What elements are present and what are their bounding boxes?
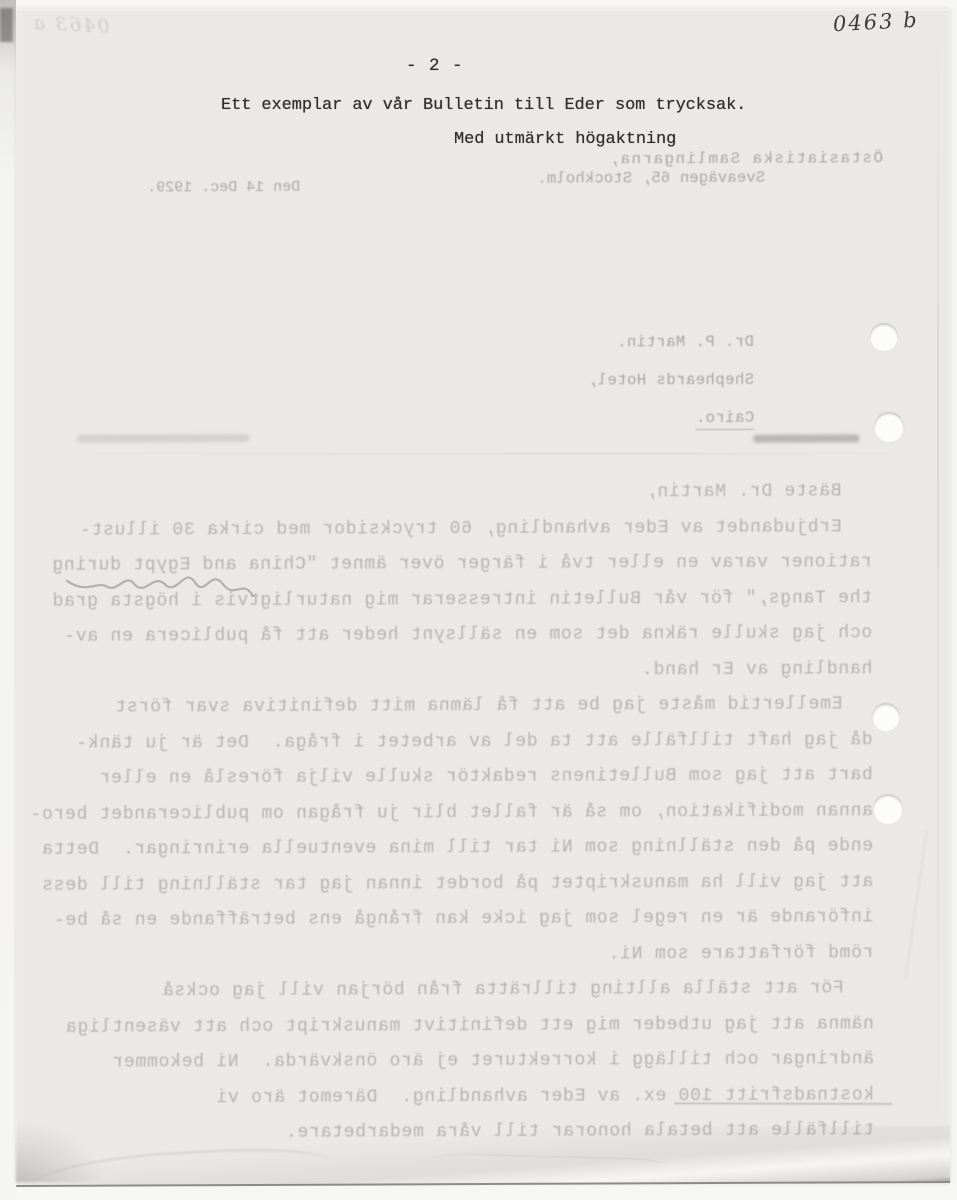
punch-hole [873, 794, 903, 824]
page-number: - 2 - [406, 56, 464, 76]
scan-left-edge [0, 0, 16, 1200]
punch-hole [872, 703, 900, 731]
scanned-letter-page: 0463 a Östasiatiska Samlingarna, Sveaväg… [0, 0, 957, 1200]
archive-number: 0463 b [832, 8, 919, 36]
paper-fold-line [16, 452, 950, 455]
punch-hole [874, 412, 904, 442]
letter-last-line: Ett exemplar av vår Bulletin till Eder s… [221, 96, 746, 115]
punch-hole [870, 323, 898, 351]
scan-edge-artifact [0, 8, 13, 42]
paper-crease-right [937, 9, 939, 1169]
paper-sheet [16, 9, 950, 1183]
letter-closing: Med utmärkt högaktning [454, 130, 676, 149]
